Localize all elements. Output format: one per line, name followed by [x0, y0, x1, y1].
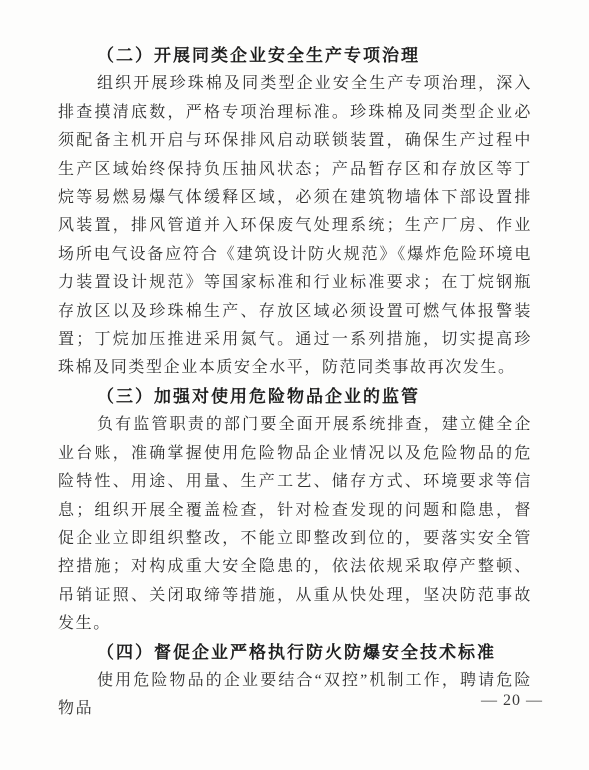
section-paragraph-3: 负有监管职责的部门要全面开展系统排查，建立健全企业台账，准确掌握使用危险物品企业… — [58, 411, 532, 638]
section-paragraph-2: 组织开展珍珠棉及同类型企业安全生产专项治理，深入排查摸清底数，严格专项治理标准。… — [58, 70, 532, 382]
section-heading-3: （三）加强对使用危险物品企业的监管 — [58, 383, 532, 411]
document-page: （二）开展同类企业安全生产专项治理 组织开展珍珠棉及同类型企业安全生产专项治理，… — [0, 0, 589, 770]
page-number: — 20 — — [481, 692, 543, 710]
section-paragraph-4: 使用危险物品的企业要结合“双控”机制工作，聘请危险物品 — [58, 667, 532, 724]
section-heading-2: （二）开展同类企业安全生产专项治理 — [58, 42, 532, 70]
section-heading-4: （四）督促企业严格执行防火防爆安全技术标准 — [58, 639, 532, 667]
document-content: （二）开展同类企业安全生产专项治理 组织开展珍珠棉及同类型企业安全生产专项治理，… — [58, 42, 532, 724]
